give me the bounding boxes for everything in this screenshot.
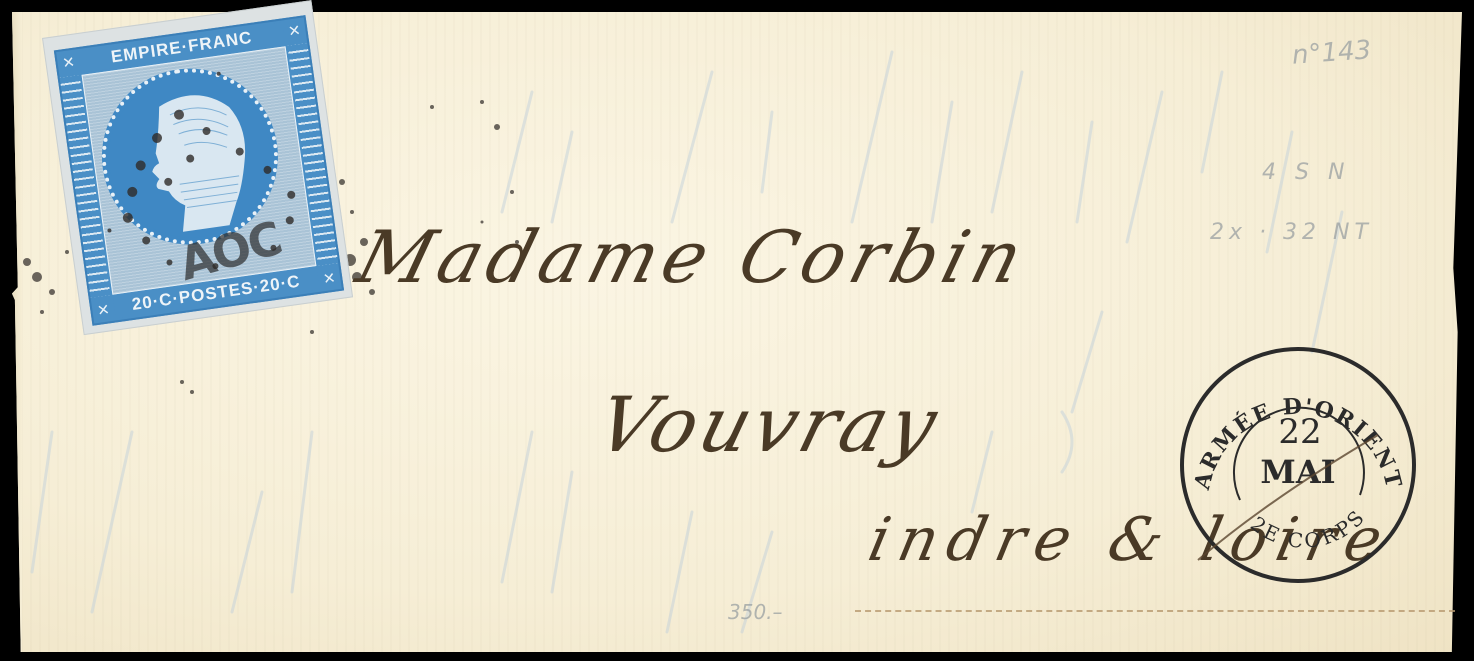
svg-text:2E CORPS: 2E CORPS — [1246, 504, 1370, 553]
pencil-note-1: 4 S N — [1262, 160, 1350, 185]
address-line-recipient: Madame Corbin — [349, 215, 1037, 299]
postage-stamp: EMPIRE·FRANC 20·C·POSTES·20·C ✕ ✕ ✕ ✕ AO… — [42, 0, 353, 335]
pencil-catalog-number: n°143 — [1291, 35, 1372, 70]
paper-stain — [1456, 247, 1472, 283]
address-underline — [855, 610, 1455, 613]
address-line-town: Vouvray — [588, 380, 950, 469]
pencil-note-2: 2x · 32 NT — [1210, 220, 1373, 245]
armee-dorient-postmark: ARMÉE D'ORIENT 2E CORPS 22 MAI — [1168, 335, 1428, 595]
pencil-price: 350.– — [728, 600, 783, 624]
postmark-day: 22 — [1278, 412, 1321, 452]
dotted-cancellation — [42, 0, 353, 335]
postmark-bottom-text: 2E CORPS — [1246, 504, 1370, 553]
cover-fold-edge — [12, 12, 22, 652]
